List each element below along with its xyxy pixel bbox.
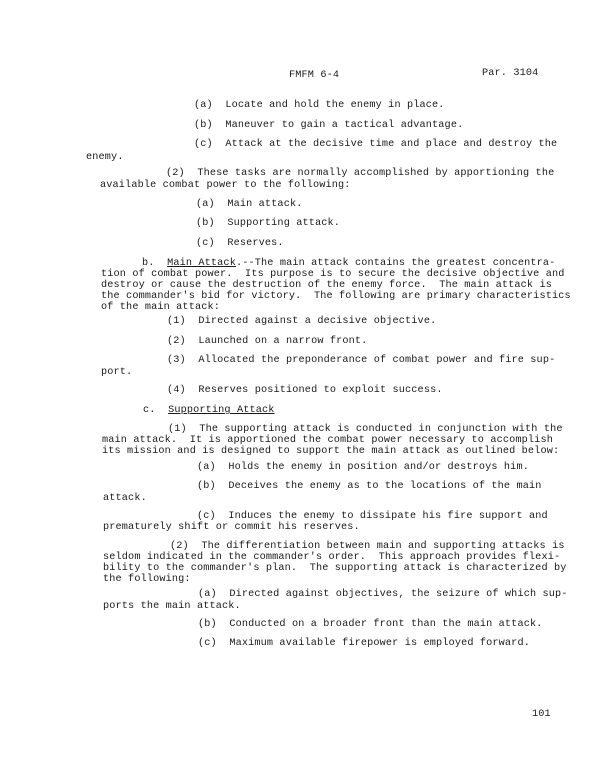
paragraph-line: (1) The supporting attack is conducted i… bbox=[168, 424, 563, 435]
list-item: (b) Deceives the enemy as to the locatio… bbox=[197, 481, 542, 492]
list-item: (c) Reserves. bbox=[196, 238, 284, 249]
list-item: (a) Directed against objectives, the sei… bbox=[198, 589, 568, 600]
paragraph-line: tion of combat power. Its purpose is to … bbox=[101, 269, 565, 280]
section-title: Main Attack bbox=[167, 258, 236, 269]
list-item-continuation: ports the main attack. bbox=[103, 601, 241, 612]
paragraph-line: main attack. It is apportioned the comba… bbox=[102, 435, 553, 446]
paragraph-line: seldom indicated in the commander's orde… bbox=[103, 552, 560, 563]
list-item: (a) Holds the enemy in position and/or d… bbox=[197, 462, 529, 473]
paragraph-line: the commander's bid for victory. The fol… bbox=[101, 291, 571, 302]
paragraph-line: (2) The differentiation between main and… bbox=[170, 541, 565, 552]
list-item: (4) Reserves positioned to exploit succe… bbox=[167, 385, 443, 396]
list-item: (a) Locate and hold the enemy in place. bbox=[194, 100, 445, 111]
paragraph-line: the following: bbox=[103, 574, 191, 585]
list-item-continuation: enemy. bbox=[86, 152, 124, 163]
section-title: Supporting Attack bbox=[168, 405, 274, 416]
list-item: (c) Attack at the decisive time and plac… bbox=[194, 139, 557, 150]
document-id: FMFM 6-4 bbox=[289, 70, 339, 81]
paragraph-line: (2) These tasks are normally accomplishe… bbox=[166, 168, 554, 179]
list-item: (c) Induces the enemy to dissipate his f… bbox=[197, 511, 548, 522]
list-item-continuation: attack. bbox=[103, 493, 147, 504]
section-heading-main-attack: b. Main Attack.--The main attack contain… bbox=[142, 258, 555, 269]
list-item-continuation: prematurely shift or commit his reserves… bbox=[103, 522, 360, 533]
paragraph-number: Par. 3104 bbox=[482, 68, 538, 79]
list-item: (2) Launched on a narrow front. bbox=[167, 336, 367, 347]
paragraph-line: destroy or cause the destruction of the … bbox=[101, 280, 552, 291]
list-item: (a) Main attack. bbox=[196, 199, 303, 210]
list-item: (b) Supporting attack. bbox=[196, 218, 340, 229]
document-page: FMFM 6-4 Par. 3104 (a) Locate and hold t… bbox=[0, 0, 605, 784]
page-number: 101 bbox=[532, 709, 551, 720]
list-item: (b) Conducted on a broader front than th… bbox=[198, 619, 543, 630]
paragraph-line: available combat power to the following: bbox=[100, 180, 351, 191]
section-heading-supporting-attack: c. Supporting Attack bbox=[143, 405, 275, 416]
list-item: (1) Directed against a decisive objectiv… bbox=[167, 316, 436, 327]
paragraph-line: its mission and is designed to support t… bbox=[102, 446, 559, 457]
list-item-continuation: port. bbox=[101, 367, 132, 378]
list-item: (b) Maneuver to gain a tactical advantag… bbox=[194, 120, 463, 131]
paragraph-line: of the main attack: bbox=[101, 302, 220, 313]
paragraph-line: bility to the commander's plan. The supp… bbox=[103, 563, 567, 574]
list-item: (c) Maximum available firepower is emplo… bbox=[198, 638, 530, 649]
list-item: (3) Allocated the preponderance of comba… bbox=[167, 355, 555, 366]
